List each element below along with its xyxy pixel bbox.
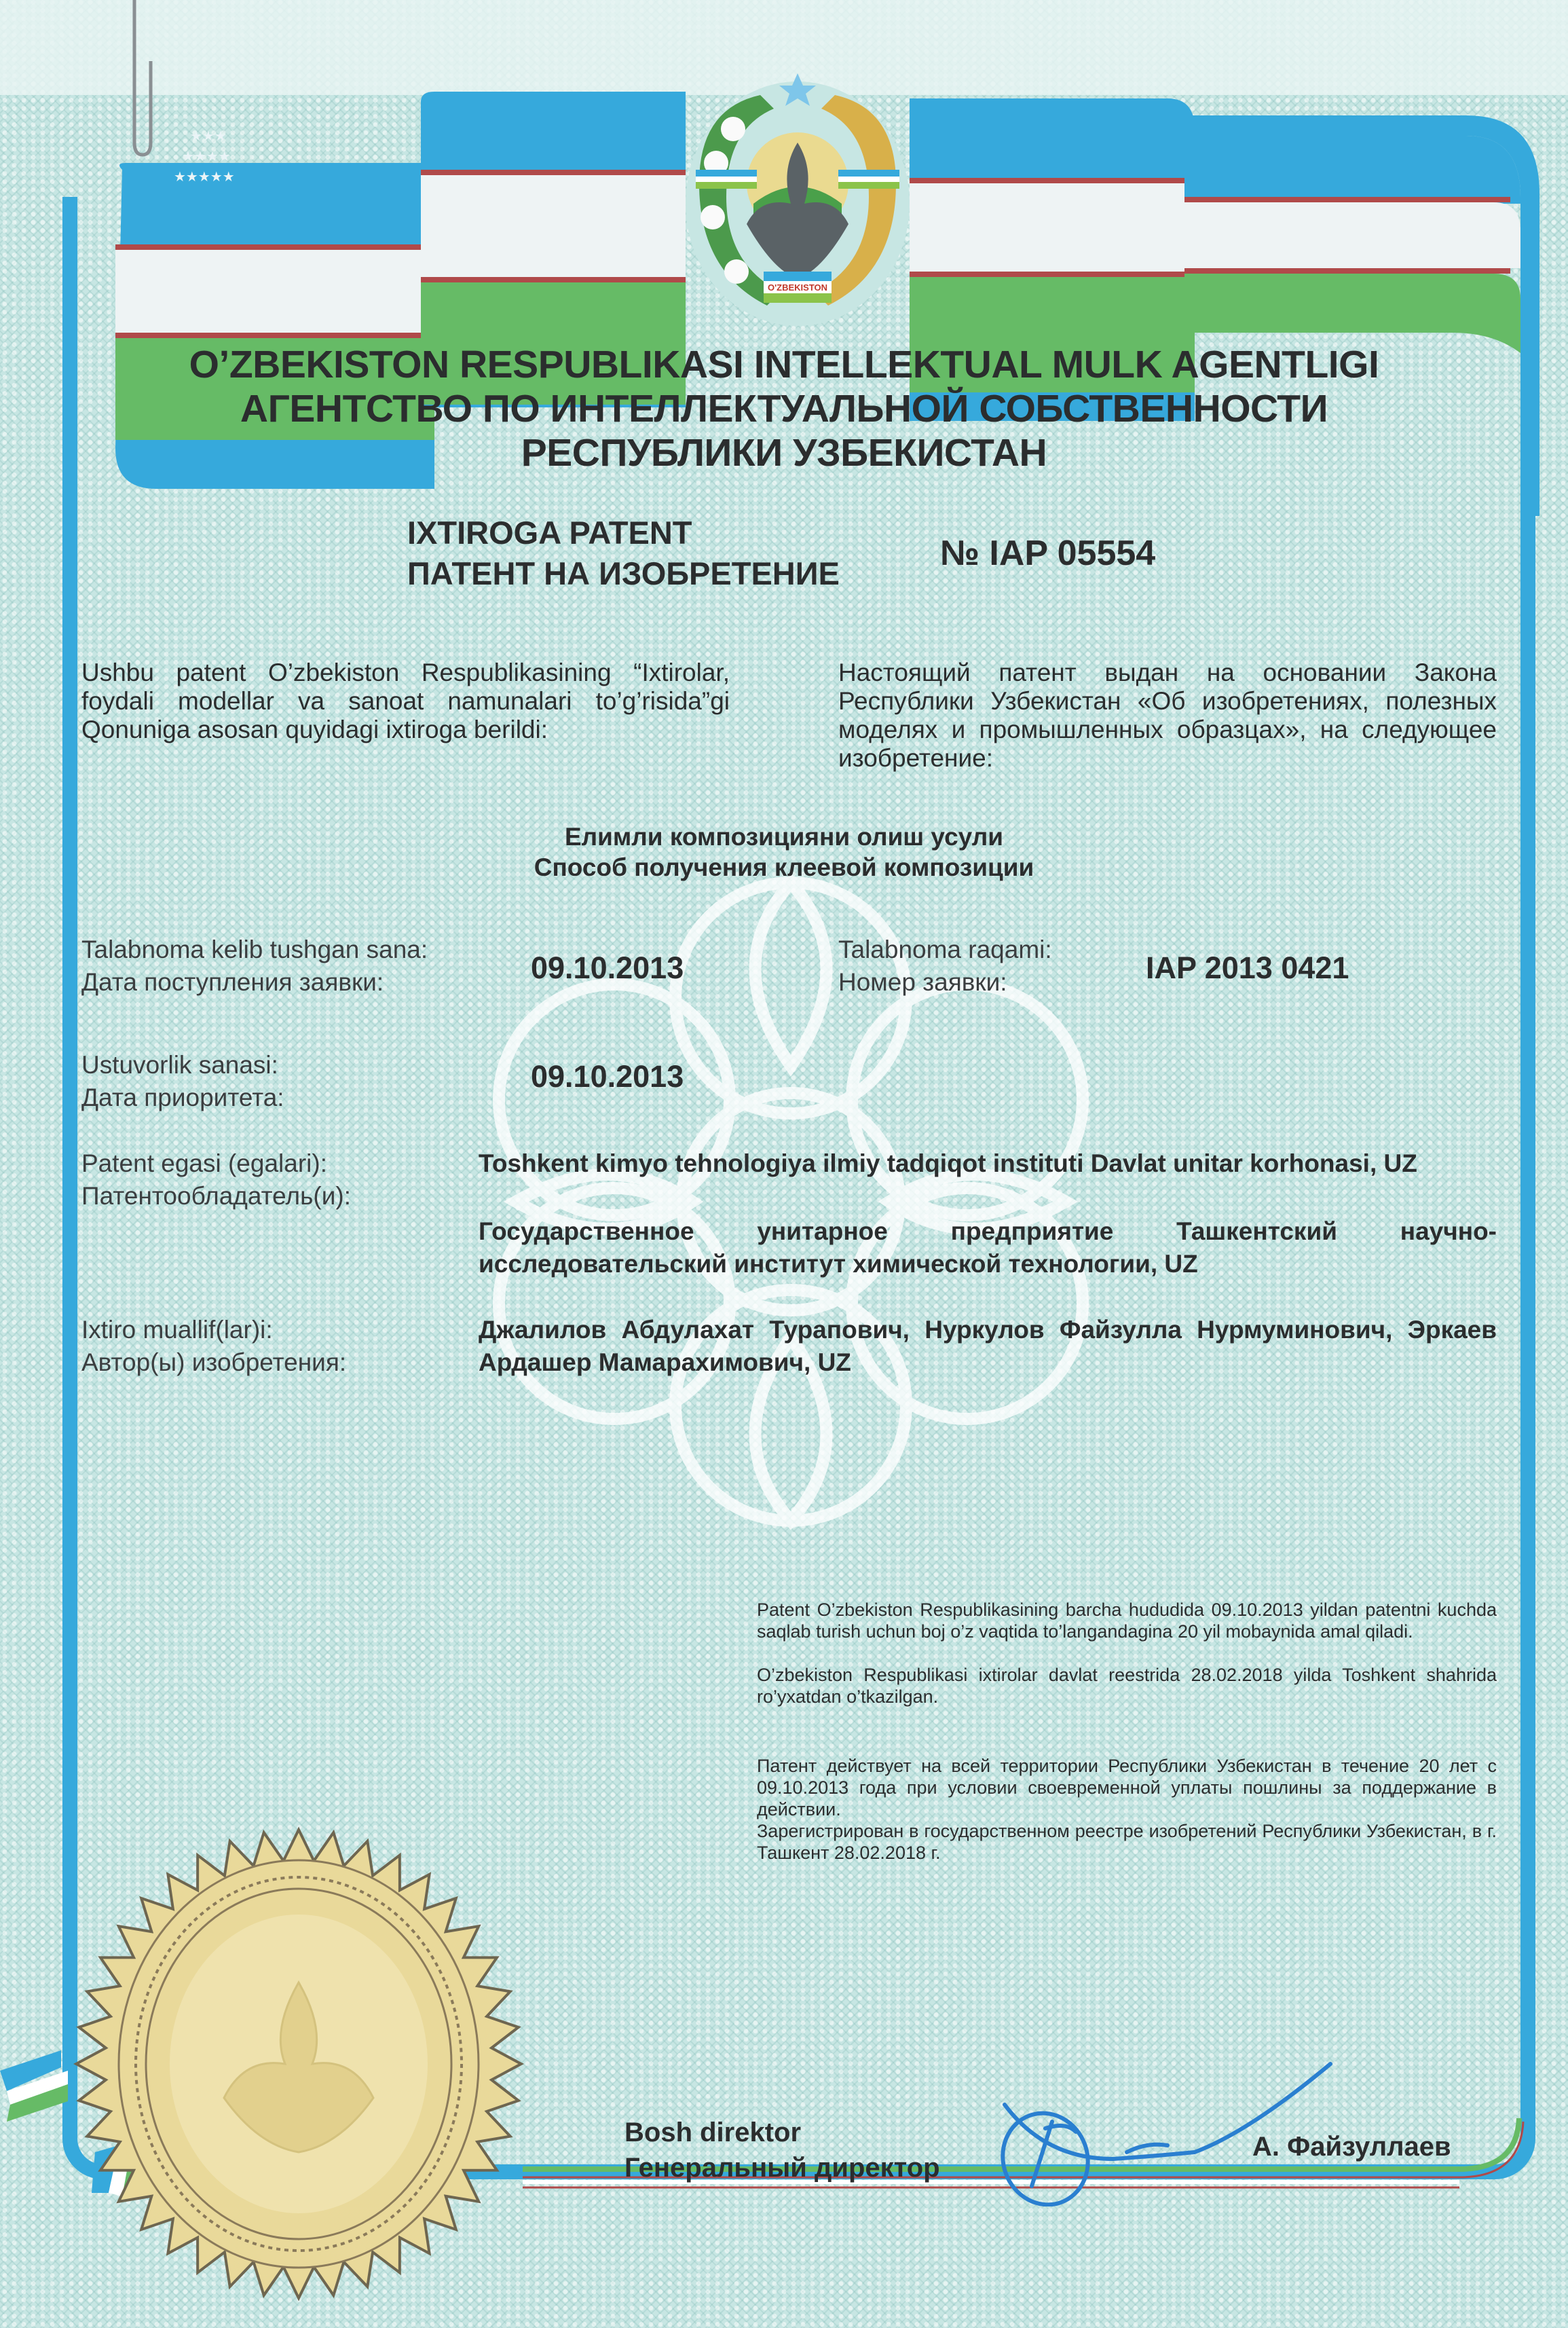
application-number-label-ru: Номер заявки: [838, 966, 1052, 999]
patent-title: IXTIROGA PATENT ПАТЕНТ НА ИЗОБРЕТЕНИЕ [407, 513, 840, 594]
svg-text:★★★★★: ★★★★★ [174, 168, 235, 185]
validity-uz-p1: Patent O’zbekiston Respublikasining barc… [757, 1599, 1497, 1642]
owner-label-uz: Patent egasi (egalari): [81, 1147, 351, 1180]
signatory-title-ru: Генеральный директор [624, 2150, 940, 2185]
invention-title: Елимли композицияни олиш усули Способ по… [0, 821, 1568, 883]
rosette-watermark [434, 794, 1147, 1609]
agency-name-ru-line1: АГЕНТСТВО ПО ИНТЕЛЛЕКТУАЛЬНОЙ СОБСТВЕННО… [0, 386, 1568, 432]
authors-label: Ixtiro muallif(lar)i: Автор(ы) изобретен… [81, 1314, 346, 1379]
agency-name-uz: O’ZBEKISTON RESPUBLIKASI INTELLEKTUAL MU… [0, 341, 1568, 388]
owner-value-ru: Государственное унитарное предприятие Та… [479, 1215, 1497, 1280]
validity-uz-p2: O’zbekiston Respublikasi ixtirolar davla… [757, 1664, 1497, 1707]
application-number-label-uz: Talabnoma raqami: [838, 934, 1052, 966]
authors-label-uz: Ixtiro muallif(lar)i: [81, 1314, 346, 1346]
owner-label: Patent egasi (egalari): Патентообладател… [81, 1147, 351, 1213]
patent-title-uz: IXTIROGA PATENT [407, 513, 840, 553]
preamble-uz: Ushbu patent O’zbekiston Respublikasinin… [81, 659, 730, 744]
authors-value: Джалилов Абдулахат Турапович, Нуркулов Ф… [479, 1314, 1497, 1379]
owner-value-uz: Toshkent kimyo tehnologiya ilmiy tadqiqo… [479, 1147, 1497, 1180]
priority-date-label: Ustuvorlik sanasi: Дата приоритета: [81, 1049, 284, 1114]
svg-text:★★★: ★★★ [190, 128, 227, 144]
signatory-title-uz: Bosh direktor [624, 2115, 940, 2150]
application-number-value: IAP 2013 0421 [1146, 950, 1349, 986]
agency-name-ru-line2: РЕСПУБЛИКИ УЗБЕКИСТАН [0, 430, 1568, 476]
paperclip-icon [115, 0, 176, 163]
filing-date-label-uz: Talabnoma kelib tushgan sana: [81, 934, 428, 966]
validity-ru-p2: Зарегистрирован в государственном реестр… [757, 1820, 1497, 1864]
signatory-name: А. Файзуллаев [1252, 2132, 1451, 2162]
priority-date-value: 09.10.2013 [531, 1059, 684, 1094]
invention-title-uz: Елимли композицияни олиш усули [0, 821, 1568, 852]
invention-title-ru: Способ получения клеевой композиции [0, 852, 1568, 883]
priority-date-label-ru: Дата приоритета: [81, 1082, 284, 1114]
signatory-title: Bosh direktor Генеральный директор [624, 2115, 940, 2185]
application-number-label: Talabnoma raqami: Номер заявки: [838, 934, 1052, 999]
svg-text:★★★★: ★★★★ [182, 148, 231, 164]
validity-ru-p1: Патент действует на всей территории Респ… [757, 1755, 1497, 1820]
patent-number: № IAP 05554 [940, 533, 1155, 574]
preamble-ru: Настоящий патент выдан на основании Зако… [838, 659, 1497, 773]
gold-seal-icon [34, 1826, 563, 2302]
filing-date-label: Talabnoma kelib tushgan sana: Дата посту… [81, 934, 428, 999]
authors-label-ru: Автор(ы) изобретения: [81, 1346, 346, 1379]
filing-date-value: 09.10.2013 [531, 950, 684, 986]
patent-title-ru: ПАТЕНТ НА ИЗОБРЕТЕНИЕ [407, 553, 840, 594]
filing-date-label-ru: Дата поступления заявки: [81, 966, 428, 999]
owner-label-ru: Патентообладатель(и): [81, 1180, 351, 1213]
priority-date-label-uz: Ustuvorlik sanasi: [81, 1049, 284, 1082]
